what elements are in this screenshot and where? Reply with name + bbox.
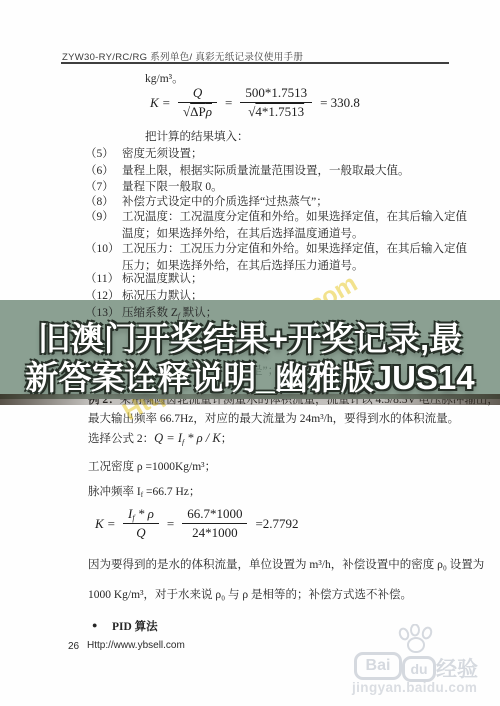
formula1-fraction-1: Q √ΔPρ <box>178 85 217 120</box>
formula2-expr: Q = If * ρ / K <box>154 431 221 445</box>
formula3-fraction-1: If * ρ Q <box>123 506 159 541</box>
formula3-lhs: K <box>95 516 104 532</box>
item-7-num: （7） <box>85 178 114 194</box>
formula3-eq2: = <box>167 516 174 532</box>
formula3-den1: Q <box>123 524 159 541</box>
item-5-text: 密度无须设置； <box>122 145 203 161</box>
jingyan-domain: jingyan.baidu.com <box>352 680 477 695</box>
item-8-text: 补偿方式设定中的介质选择“过热蒸气”； <box>122 193 328 209</box>
scanned-manual-page: ZYW30-RY/RC/RG 系列单色/ 真彩无纸记录仪使用手册 kg/m³。 … <box>0 0 500 706</box>
formula3-fraction-2: 66.7*1000 24*1000 <box>182 506 247 541</box>
formula2-tail: ； <box>221 433 233 445</box>
formula3-num2: 66.7*1000 <box>182 506 247 524</box>
formula3-eq: = <box>108 516 115 532</box>
banner-headline-line2: 新答案诠释说明_幽雅版JUS14 <box>0 352 500 399</box>
formula2-line: 选择公式 2：Q = If * ρ / K； <box>88 430 232 446</box>
baidu-jingyan-watermark: Bai du 经验 jingyan.baidu.com <box>352 626 492 696</box>
item-9-line2: 温度；如果选择外给，在其后选择温度通道号。 <box>122 225 364 241</box>
banner-bottom-strip <box>0 394 500 405</box>
page-number: 26 <box>68 641 79 652</box>
header-rule <box>61 62 449 64</box>
item-11-text: 标况温度默认； <box>122 270 203 286</box>
formula1-result: = 330.8 <box>320 95 360 111</box>
formula1-num1: Q <box>178 85 217 103</box>
conclusion-line2: 1000 Kg/m³，对于水来说 ρ₀ 与 ρ 是相等的；补偿方式选不补偿。 <box>88 586 412 602</box>
jingyan-label: 经验 <box>436 653 478 683</box>
baidu-bai-badge: Bai <box>354 652 402 680</box>
formula1-den1a: ΔP <box>190 104 206 119</box>
item-5-num: （5） <box>85 145 114 161</box>
footer-url: Http://www.ybsell.com <box>87 640 185 651</box>
formula-k-pulse: K = If * ρ Q = 66.7*1000 24*1000 =2.7792 <box>95 506 303 541</box>
pid-algorithm-label: PID 算法 <box>112 618 158 634</box>
baidu-du-badge: du <box>402 656 436 682</box>
formula-k-density: K = Q √ΔPρ = 500*1.7513 √4*1.7513 = 330.… <box>150 85 364 120</box>
formula1-eq2: = <box>225 95 232 111</box>
item-10-num: （10） <box>85 240 120 256</box>
item-10-line1: 工况压力：工况压力分定值和外给。如果选择定值，在其后输入定值 <box>122 240 467 256</box>
conclusion-line1: 因为要得到的是水的体积流量，单位设置为 m³/h，补偿设置中的密度 ρ₀ 设置为 <box>88 556 484 572</box>
formula1-den2-val: 4*1.7513 <box>255 104 304 119</box>
formula2-label: 选择公式 2： <box>88 433 154 445</box>
formula2-pre: Q = I <box>154 431 182 445</box>
item-11-num: （11） <box>85 270 119 286</box>
formula3-num1-post: * ρ <box>135 506 154 521</box>
formula1-den1b: ρ <box>206 104 212 119</box>
formula1-den1: √ΔPρ <box>178 103 217 120</box>
density-line: 工况密度 ρ =1000Kg/m³； <box>88 458 216 474</box>
item-9-line1: 工况温度：工况温度分定值和外给。如果选择定值，在其后输入定值 <box>122 208 467 224</box>
pulse-frequency-line: 脉冲频率 If =66.7 Hz； <box>88 483 200 499</box>
formula3-num1: If * ρ <box>123 506 159 524</box>
formula3-den2: 24*1000 <box>182 524 247 541</box>
item-6-num: （6） <box>85 162 114 178</box>
fill-result-line: 把计算的结果填入： <box>145 128 249 144</box>
pulse-pre: 脉冲频率 I <box>88 486 141 498</box>
item-8-num: （8） <box>85 193 114 209</box>
pulse-post: =66.7 Hz； <box>143 486 200 498</box>
formula1-eq: = <box>163 95 170 111</box>
item-6-text: 量程上限，根据实际质量流量范围设置，一般取最大值。 <box>122 162 410 178</box>
unit-line: kg/m³。 <box>145 70 184 86</box>
page-header-title: ZYW30-RY/RC/RG 系列单色/ 真彩无纸记录仪使用手册 <box>62 49 303 63</box>
item-9-num: （9） <box>85 208 114 224</box>
formula3-result: =2.7792 <box>255 516 298 532</box>
item-7-text: 量程下限一般取 0。 <box>122 178 223 194</box>
formula1-lhs: K <box>150 95 159 111</box>
formula2-post: * ρ / K <box>184 431 221 445</box>
formula1-fraction-2: 500*1.7513 √4*1.7513 <box>240 85 312 120</box>
formula1-den2: √4*1.7513 <box>240 103 312 120</box>
bullet-icon: ● <box>92 620 97 630</box>
formula1-num2: 500*1.7513 <box>240 85 312 103</box>
paw-icon <box>394 624 440 654</box>
